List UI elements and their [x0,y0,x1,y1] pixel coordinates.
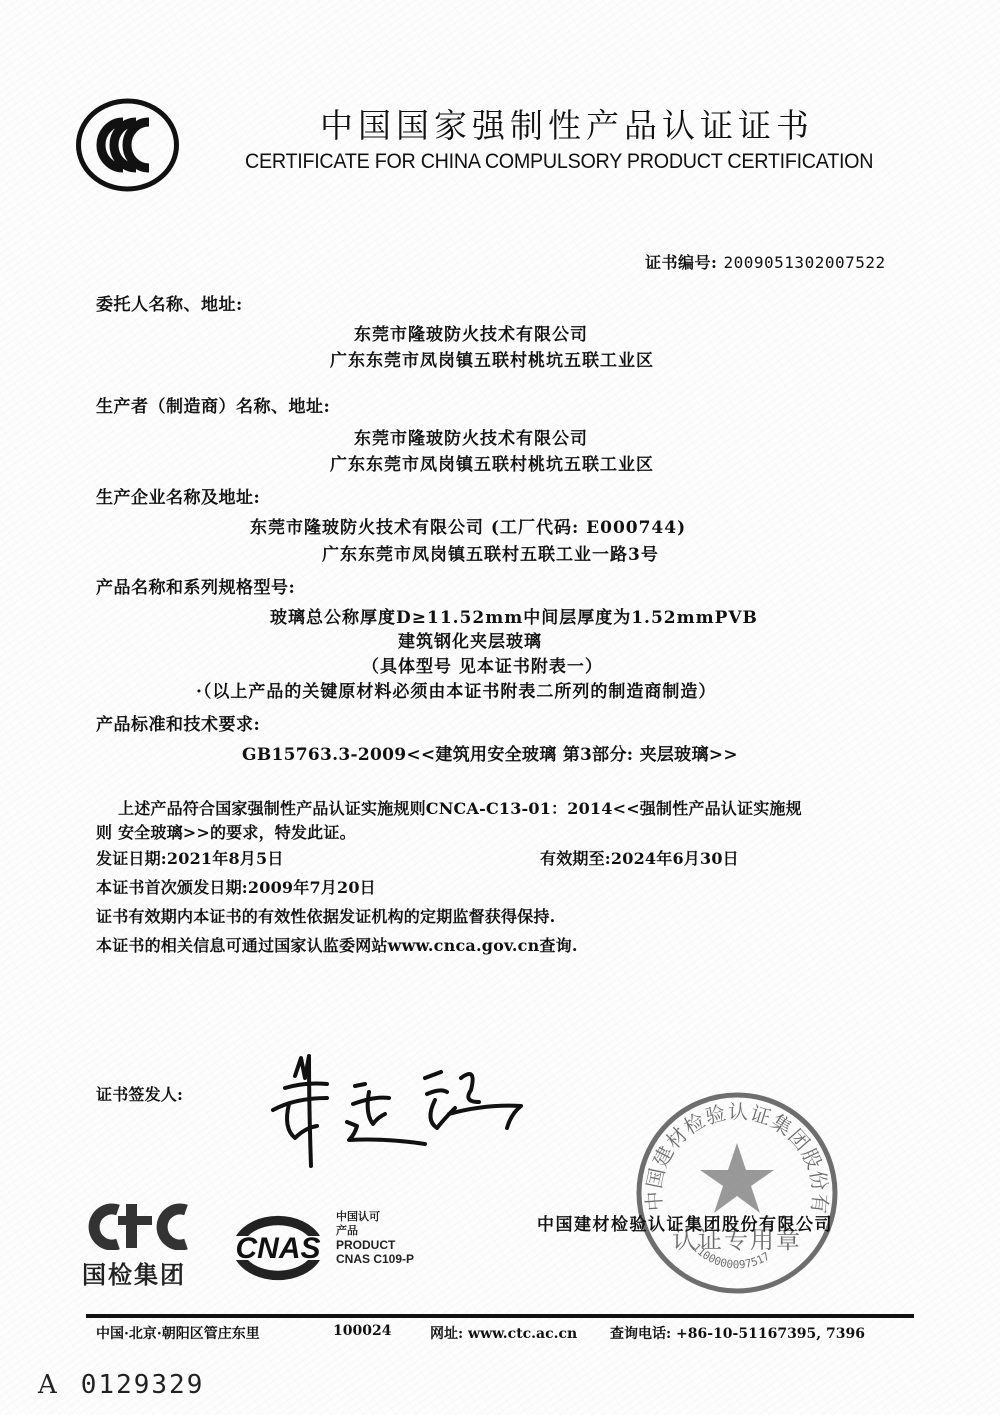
applicant-label: 委托人名称、地址: [96,290,243,315]
issuing-organization: 中国建材检验认证集团股份有限公司 [537,1210,833,1235]
validity-note: 证书有效期内本证书的有效性依据发证机构的定期监督获得保持. [96,904,555,927]
cnas-side-number: CNAS C109-P [336,1252,426,1266]
ctc-logo-icon [88,1200,198,1250]
seal-star-icon [700,1143,774,1213]
ccc-logo-icon [75,97,180,193]
certificate-title-cn: 中国国家强制性产品认证证书 [320,100,814,147]
signature-image [265,1048,535,1168]
applicant-name: 东莞市隆玻防火技术有限公司 [354,320,588,345]
product-spec: 玻璃总公称厚度D≥11.52mm中间层厚度为1.52mmPVB [270,603,758,628]
cnas-side-product: PRODUCT [336,1238,426,1252]
ctc-group-name: 国检集团 [82,1255,186,1290]
footer-website-label: 网址: [430,1326,463,1342]
factory-name: 东莞市隆玻防火技术有限公司 (工厂代码: E000744) [250,513,686,538]
valid-until-label: 有效期至: [540,849,611,868]
footer-phone-value: +86-10-51167395, 7396 [676,1326,865,1342]
first-issue-date-value: 2009年7月20日 [248,878,376,897]
issue-date-label: 发证日期: [96,849,167,868]
serial-number: 0129329 [81,1370,205,1400]
applicant-address: 广东东莞市凤岗镇五联村桃坑五联工业区 [330,346,654,371]
valid-until: 有效期至:2024年6月30日 [540,846,739,869]
product-materials-note: ·（以上产品的关键原材料必须由本证书附表二所列的制造商制造） [196,677,716,702]
footer-address: 中国·北京·朝阳区管庄东里 [96,1323,260,1343]
issue-date-value: 2021年8月5日 [167,849,284,868]
certificate-number-value: 2009051302007522 [724,253,886,272]
certificate-number-label: 证书编号: [645,253,717,272]
manufacturer-address: 广东东莞市凤岗镇五联村桃坑五联工业区 [330,450,654,475]
product-label: 产品名称和系列规格型号: [96,573,295,598]
query-note: 本证书的相关信息可通过国家认监委网站www.cnca.gov.cn查询. [96,933,578,956]
manufacturer-label: 生产者（制造商）名称、地址: [96,392,330,417]
certificate-number: 证书编号: 2009051302007522 [645,250,886,273]
footer-phone-label: 查询电话: [610,1326,671,1342]
footer-phone: 查询电话: +86-10-51167395, 7396 [610,1323,865,1343]
cnas-logo-icon: CNAS [222,1200,334,1292]
conformity-statement-line1: 上述产品符合国家强制性产品认证实施规则CNCA-C13-01：2014<<强制性… [118,796,802,819]
valid-until-value: 2024年6月30日 [611,849,739,868]
serial-prefix: A [38,1370,59,1400]
issue-date: 发证日期:2021年8月5日 [96,846,284,869]
product-name: 建筑钢化夹层玻璃 [398,627,542,652]
manufacturer-name: 东莞市隆玻防火技术有限公司 [354,424,588,449]
cnas-accreditation-text: 中国认可 产品 PRODUCT CNAS C109-P [336,1210,426,1266]
product-model-note: （具体型号 见本证书附表一） [362,652,603,677]
standard-value: GB15763.3-2009<<建筑用安全玻璃 第3部分: 夹层玻璃>> [242,740,738,765]
factory-address: 广东东莞市凤岗镇五联村五联工业一路3号 [322,540,659,565]
cnas-side-cn1: 中国认可 [336,1210,426,1224]
footer-postcode: 100024 [333,1323,391,1339]
standard-label: 产品标准和技术要求: [96,710,260,735]
svg-text:CNAS: CNAS [235,1232,320,1265]
cnas-side-cn2: 产品 [336,1224,426,1238]
footer-divider [86,1314,914,1318]
first-issue-date: 本证书首次颁发日期:2009年7月20日 [96,875,376,898]
factory-label: 生产企业名称及地址: [96,483,260,508]
footer-website-link[interactable]: www.ctc.ac.cn [468,1326,577,1342]
first-issue-date-label: 本证书首次颁发日期: [96,878,248,897]
certificate-title-en: CERTIFICATE FOR CHINA COMPULSORY PRODUCT… [245,150,873,174]
official-seal-stamp: 中国建材检验认证集团股份有限公司 认证专用章 1100000097517 [632,1088,842,1298]
footer-website: 网址: www.ctc.ac.cn [430,1323,577,1343]
conformity-statement-line2: 则 安全玻璃>>的要求，特发此证。 [96,820,356,843]
signatory-label: 证书签发人: [96,1082,183,1105]
certificate-serial: A0129329 [38,1370,204,1400]
